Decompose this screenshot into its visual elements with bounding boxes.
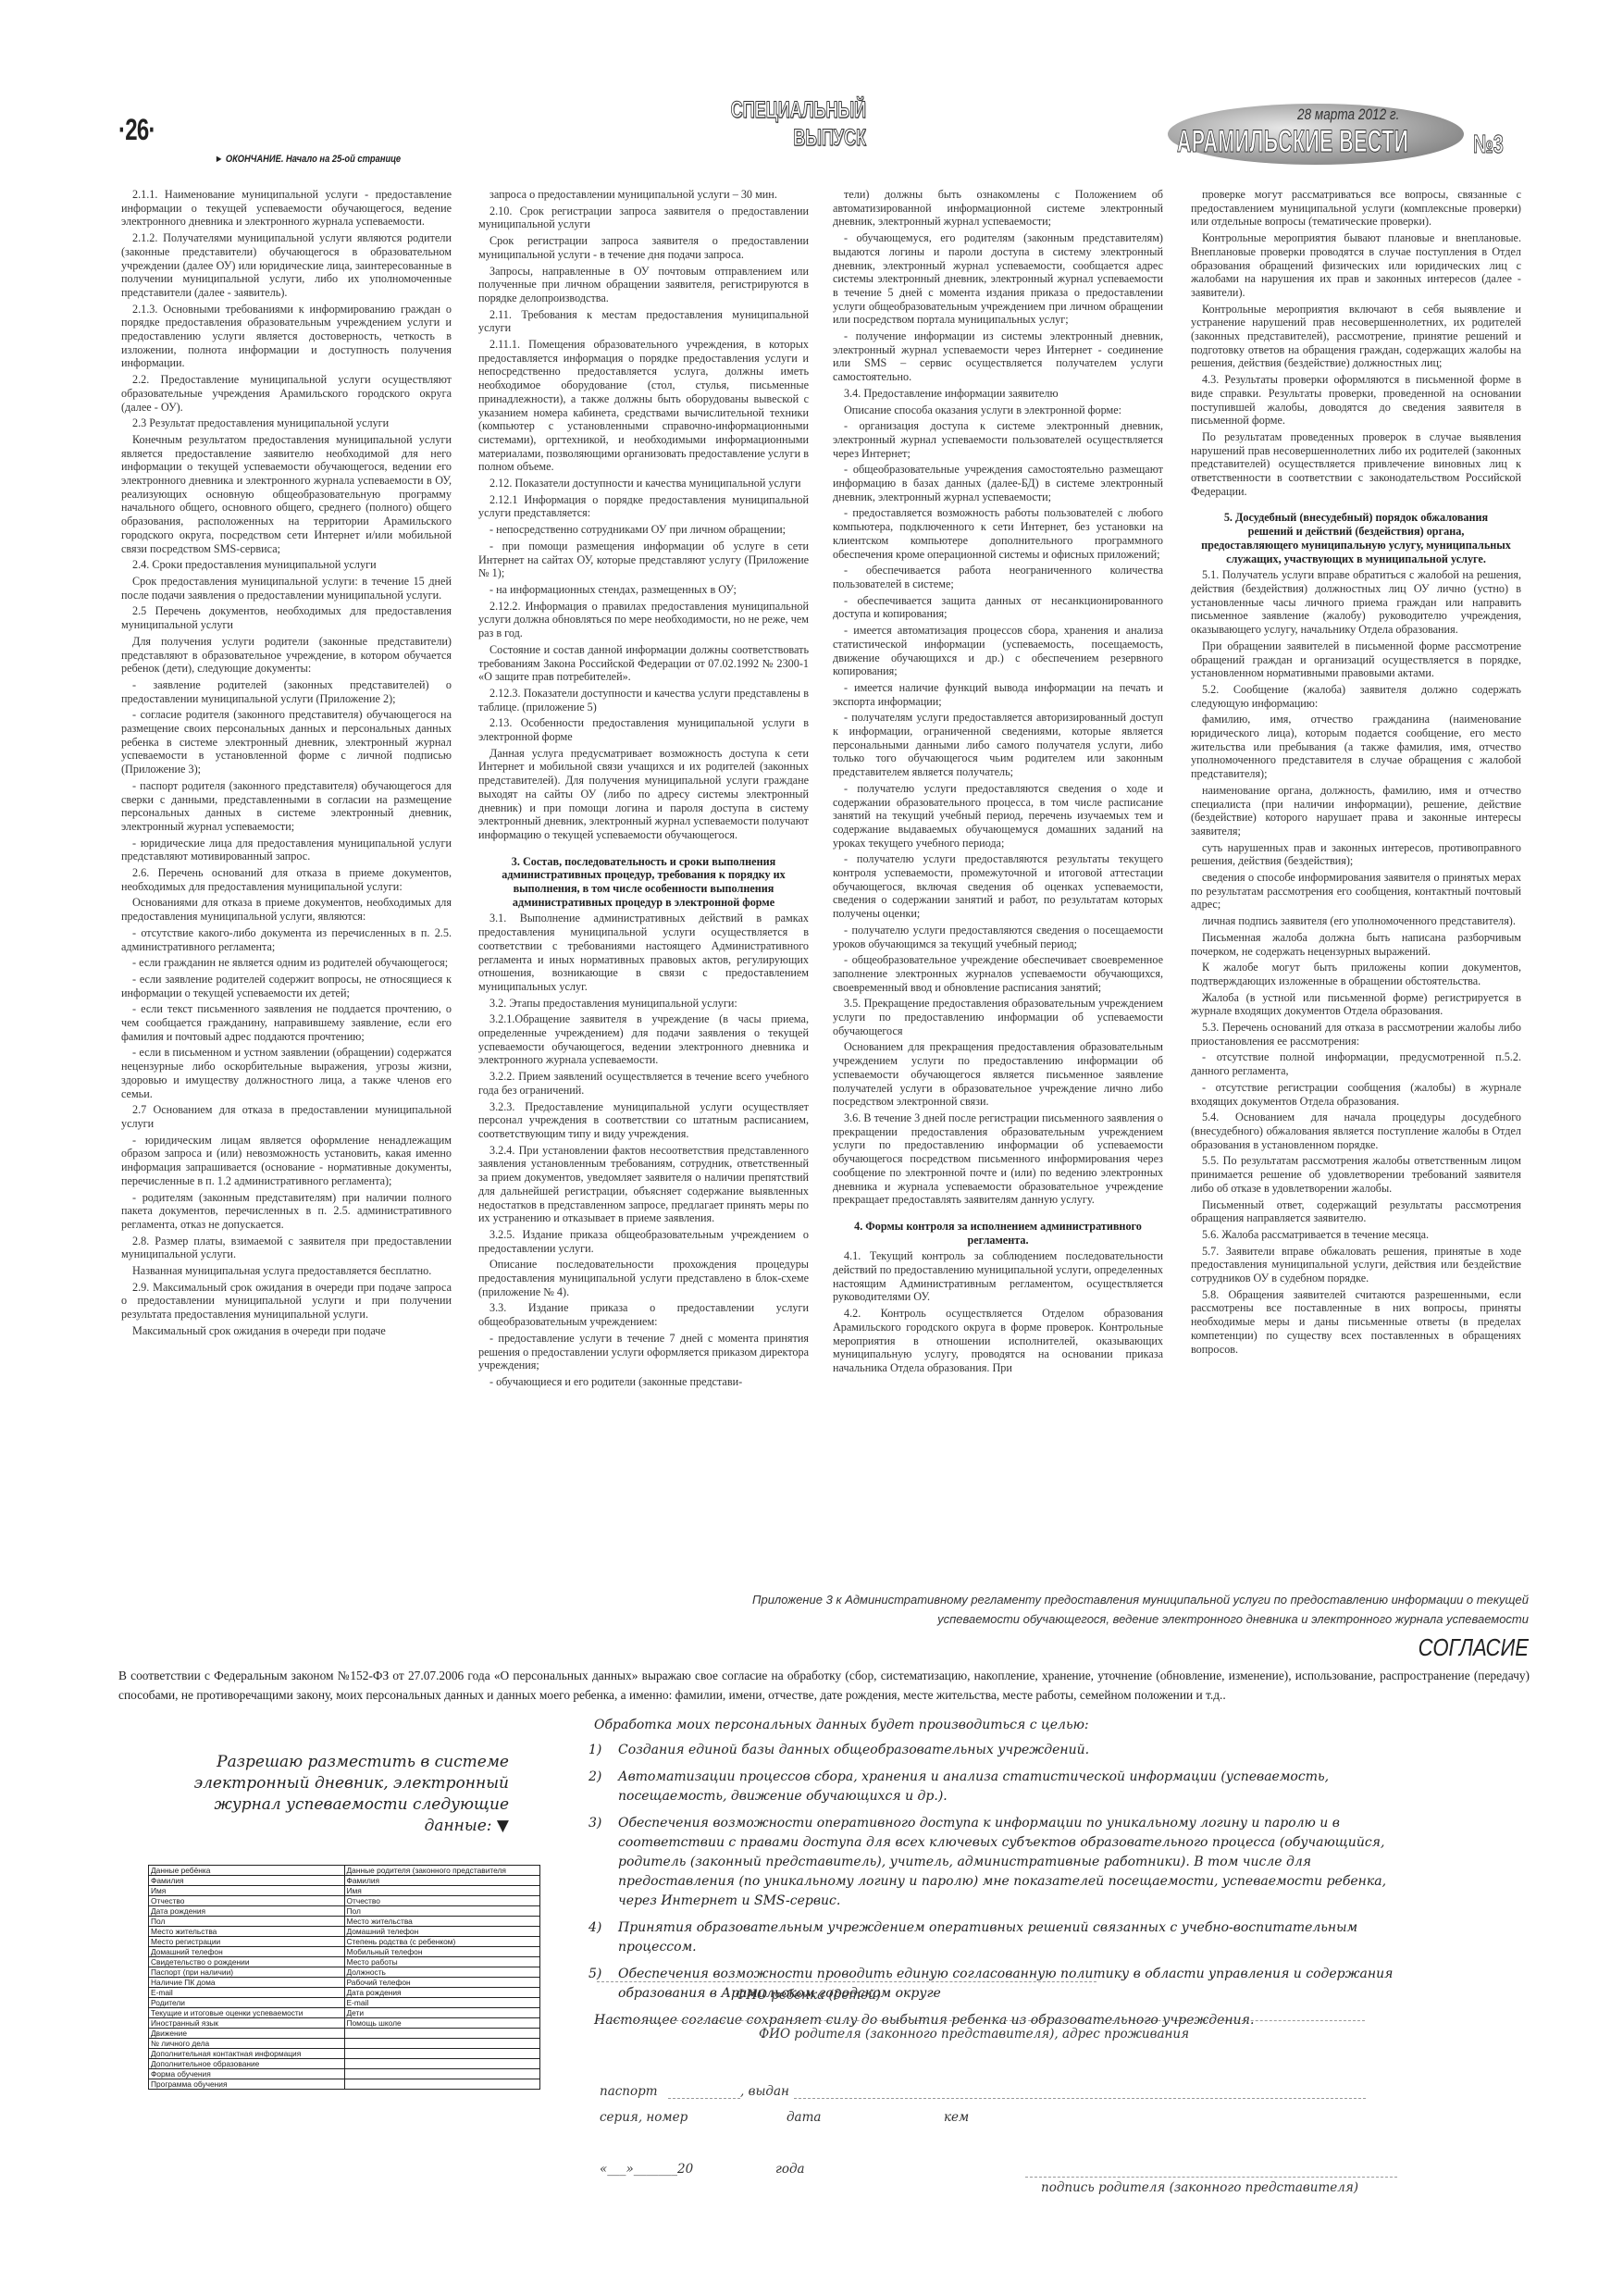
paragraph: 3.1. Выполнение административных действи… [478,912,809,993]
table-row: Домашний телефонМобильный телефон [149,1947,540,1957]
year-label: года [775,2162,805,2177]
purpose-text: Обеспечения возможности проводить единую… [618,1967,1393,2001]
paragraph: 3.4. Предоставление информации заявителю [833,387,1163,401]
column-4: проверке могут рассматриваться все вопро… [1191,188,1521,1460]
paragraph: 2.1.3. Основными требованиями к информир… [121,303,452,371]
parent-data-cell: Мобильный телефон [344,1947,540,1957]
paragraph: Конечным результатом предоставления муни… [121,433,452,555]
paragraph: - заявление родителей (законных представ… [121,678,452,705]
paragraph: 2.12. Показатели доступности и качества … [478,477,809,490]
child-data-cell: Место регистрации [149,1937,345,1947]
child-data-cell: № личного дела [149,2039,345,2049]
parent-data-cell: Дата рождения [344,1988,540,1998]
table-row: Дополнительная контактная информация [149,2049,540,2059]
purpose-item: 4)Принятия образовательным учреждением о… [583,1918,1416,1957]
paragraph: 5.8. Обращения заявителей считаются разр… [1191,1288,1521,1357]
paragraph: 3.5. Прекращение предоставления образова… [833,997,1163,1037]
table-row: Паспорт (при наличии)Должность [149,1967,540,1978]
paragraph: 5.6. Жалоба рассматривается в течение ме… [1191,1228,1521,1242]
paragraph: 4.3. Результаты проверки оформляются в п… [1191,373,1521,428]
special-issue-line1: СПЕЦИАЛЬНЫЙ [709,96,866,124]
consent-date-field[interactable]: «___»_______20 [600,2162,693,2177]
paragraph: 2.12.1 Информация о порядке предоставлен… [478,493,809,520]
table-row: Форма обучения [149,2069,540,2079]
table-row: Движение [149,2029,540,2039]
column-3: тели) должны быть ознакомлены с Положени… [833,188,1163,1460]
purpose-number: 3) [588,1814,601,1833]
paragraph: 3.6. В течение 3 дней после регистрации … [833,1111,1163,1207]
child-data-cell: Программа обучения [149,2079,345,2090]
child-data-cell: Текущие и итоговые оценки успеваемости [149,2008,345,2018]
consent-title: СОГЛАСИЕ [1252,1633,1529,1662]
paragraph: 4.1. Текущий контроль за соблюдением пос… [833,1249,1163,1304]
parent-data-cell: E-mail [344,1998,540,2008]
section-heading: 4. Формы контроля за исполнением админис… [842,1220,1154,1247]
special-issue-line2: ВЫПУСК [709,124,866,152]
paragraph: 3.2.4. При установлении фактов несоответ… [478,1144,809,1225]
parent-data-cell: Имя [344,1886,540,1896]
paragraph: Запросы, направленные в ОУ почтовым отпр… [478,265,809,305]
parent-data-cell: Рабочий телефон [344,1978,540,1988]
passport-label: паспорт [600,2084,658,2099]
paragraph: 3.2.3. Предоставление муниципальной услу… [478,1100,809,1141]
paragraph: 2.11.1. Помещения образовательного учреж… [478,338,809,474]
paragraph: наименование органа, должность, фамилию,… [1191,784,1521,838]
purpose-number: 4) [588,1918,601,1938]
child-data-cell: Место жительства [149,1927,345,1937]
purpose-item: 1)Создания единой базы данных общеобразо… [583,1741,1416,1760]
paragraph: - паспорт родителя (законного представит… [121,779,452,834]
page-number: ·26· [118,113,155,147]
paragraph: Основанием для прекращения предоставлени… [833,1040,1163,1109]
paragraph: Описание способа оказания услуги в элект… [833,403,1163,417]
paragraph: фамилию, имя, отчество гражданина (наиме… [1191,713,1521,781]
paragraph: Основаниями для отказа в приеме документ… [121,896,452,923]
article-columns: 2.1.1. Наименование муниципальной услуги… [121,188,1530,1460]
paragraph: Названная муниципальная услуга предостав… [121,1264,452,1278]
child-name-label: ФИО ребенка (детей) [736,1988,881,2003]
table-row: ОтчествоОтчество [149,1896,540,1906]
table-row: Программа обучения [149,2079,540,2090]
table-row: Место жительстваДомашний телефон [149,1927,540,1937]
paragraph: 2.9. Максимальный срок ожидания в очеред… [121,1281,452,1322]
paragraph: 5.7. Заявители вправе обжаловать решения… [1191,1245,1521,1285]
paragraph: - если гражданин не является одним из ро… [121,956,452,970]
table-row: Место регистрацииСтепень родства (с ребе… [149,1937,540,1947]
section-heading: 3. Состав, последовательность и сроки вы… [488,855,799,910]
paragraph: тели) должны быть ознакомлены с Положени… [833,188,1163,229]
issued-by-label: кем [944,2110,969,2125]
table-row: РодителиE-mail [149,1998,540,2008]
parent-data-cell [344,2039,540,2049]
issue-number: №3 [1473,130,1504,159]
paragraph: Состояние и состав данной информации дол… [478,643,809,684]
parent-data-cell [344,2049,540,2059]
table-header-row: Данные ребёнкаДанные родителя (законного… [149,1866,540,1876]
paragraph: 2.1.1. Наименование муниципальной услуги… [121,188,452,229]
parent-data-cell: Место жительства [344,1917,540,1927]
child-data-cell: Домашний телефон [149,1947,345,1957]
paragraph: личная подпись заявителя (его уполномоче… [1191,914,1521,928]
child-data-cell: Форма обучения [149,2069,345,2079]
paragraph: - на информационных стендах, размещенных… [478,583,809,597]
paragraph: - предоставление услуги в течение 7 дней… [478,1332,809,1372]
paragraph: Письменная жалоба должна быть написана р… [1191,931,1521,958]
paragraph: Контрольные мероприятия включают в себя … [1191,303,1521,371]
newspaper-title: АРАМИЛЬСКИЕ ВЕСТИ [1177,124,1408,160]
table-row: Текущие и итоговые оценки успеваемостиДе… [149,2008,540,2018]
paragraph: Описание последовательности прохождения … [478,1258,809,1298]
appendix-note: Приложение 3 к Административному регламе… [463,1590,1529,1629]
appendix-note-line1: Приложение 3 к Административному регламе… [463,1590,1529,1609]
permit-statement: Разрешаю разместить в системе электронны… [148,1752,509,1837]
paragraph: - имеется автоматизация процессов сбора,… [833,624,1163,678]
table-row: ФамилияФамилия [149,1876,540,1886]
purpose-item: 2)Автоматизации процессов сбора, хранени… [583,1768,1416,1806]
paragraph: 2.12.2. Информация о правилах предоставл… [478,600,809,640]
section-heading: 5. Досудебный (внесудебный) порядок обжа… [1200,511,1512,565]
passport-number-line[interactable] [668,2098,740,2099]
paragraph: - при помощи размещения информации об ус… [478,540,809,580]
paragraph: - получателю услуги предоставляются свед… [833,924,1163,950]
child-data-cell: Свидетельство о рождении [149,1957,345,1967]
parent-data-cell [344,2059,540,2069]
parent-data-cell: Данные родителя (законного представителя [344,1866,540,1876]
paragraph: Максимальный срок ожидания в очереди при… [121,1324,452,1338]
issue-date: 28 марта 2012 г. [1297,105,1399,124]
purpose-number: 2) [588,1768,601,1787]
parent-data-cell: Помощь школе [344,2018,540,2029]
table-row: Наличие ПК домаРабочий телефон [149,1978,540,1988]
table-row: E-mailДата рождения [149,1988,540,1998]
paragraph: При обращении заявителей в письменной фо… [1191,639,1521,680]
paragraph: 2.4. Сроки предоставления муниципальной … [121,558,452,572]
paragraph: Жалоба (в устной или письменной форме) р… [1191,991,1521,1018]
paragraph: - если текст письменного заявления не по… [121,1002,452,1043]
parent-data-cell [344,2029,540,2039]
newspaper-masthead: 28 марта 2012 г. АРАМИЛЬСКИЕ ВЕСТИ №3 [1168,104,1529,170]
table-row: Дополнительное образование [149,2059,540,2069]
paragraph: Контрольные мероприятия бывают плановые … [1191,231,1521,300]
paragraph: - предоставляется возможность работы пол… [833,506,1163,561]
paragraph: Срок регистрации запроса заявителя о пре… [478,234,809,261]
table-row: ПолМесто жительства [149,1917,540,1927]
parent-data-cell [344,2069,540,2079]
paragraph: - если заявление родителей содержит вопр… [121,973,452,999]
child-data-cell: Дополнительное образование [149,2059,345,2069]
paragraph: 2.1.2. Получателями муниципальной услуги… [121,231,452,300]
special-issue-label: СПЕЦИАЛЬНЫЙ ВЫПУСК [709,96,866,152]
column-1: 2.1.1. Наименование муниципальной услуги… [121,188,452,1460]
paragraph: проверке могут рассматриваться все вопро… [1191,188,1521,229]
paragraph: 3.3. Издание приказа о предоставлении ус… [478,1301,809,1328]
table-row: ИмяИмя [149,1886,540,1896]
paragraph: 5.3. Перечень оснований для отказа в рас… [1191,1021,1521,1048]
paragraph: - обучающемуся, его родителям (законным … [833,231,1163,327]
paragraph: 2.3 Результат предоставления муниципальн… [121,416,452,430]
purpose-text: Обеспечения возможности оперативного дос… [618,1816,1386,1908]
paragraph: 5.2. Сообщение (жалоба) заявителя должно… [1191,683,1521,710]
paragraph: 4.2. Контроль осуществляется Отделом обр… [833,1307,1163,1375]
appendix-note-line2: успеваемости обучающегося, ведение элект… [463,1609,1529,1629]
date-label: дата [787,2110,821,2125]
personal-data-table: Данные ребёнкаДанные родителя (законного… [148,1865,540,2090]
paragraph: По результатам проведенных проверок в сл… [1191,430,1521,499]
parent-data-cell: Отчество [344,1896,540,1906]
paragraph: 2.13. Особенности предоставления муницип… [478,716,809,743]
child-data-cell: Дополнительная контактная информация [149,2049,345,2059]
paragraph: суть нарушенных прав и законных интересо… [1191,841,1521,868]
paragraph: Для получения услуги родители (законные … [121,635,452,676]
parent-data-cell: Фамилия [344,1876,540,1886]
paragraph: 2.2. Предоставление муниципальной услуги… [121,373,452,414]
paragraph: - общеобразовательное учреждение обеспеч… [833,953,1163,994]
parent-data-cell: Степень родства (с ребенком) [344,1937,540,1947]
child-data-cell: Движение [149,2029,345,2039]
paragraph: - общеобразовательные учреждения самосто… [833,463,1163,503]
paragraph: Данная услуга предусматривает возможност… [478,747,809,842]
processing-purposes: Обработка моих персональных данных будет… [583,1716,1416,2030]
paragraph: - если в письменном и устном заявлении (… [121,1046,452,1100]
paragraph: 5.5. По результатам рассмотрения жалобы … [1191,1154,1521,1195]
parent-name-label: ФИО родителя (законного представителя), … [759,2027,1189,2042]
purpose-item: 3)Обеспечения возможности оперативного д… [583,1814,1416,1911]
paragraph: - обеспечивается работа неограниченного … [833,564,1163,590]
paragraph: Письменный ответ, содержащий результаты … [1191,1198,1521,1225]
parent-data-cell: Пол [344,1906,540,1917]
paragraph: - получателю услуги предоставляются резу… [833,852,1163,921]
parent-data-cell: Домашний телефон [344,1927,540,1937]
continuation-note: ► ОКОНЧАНИЕ. Начало на 25-ой странице [215,154,401,165]
signature-line[interactable] [1025,2177,1397,2178]
consent-intro: В соответствии с Федеральным законом №15… [118,1666,1530,1705]
purpose-number: 1) [588,1741,601,1760]
signature-label: подпись родителя (законного представител… [1041,2180,1358,2195]
paragraph: Срок предоставления муниципальной услуги… [121,575,452,602]
paragraph: - получателям услуги предоставляется авт… [833,711,1163,779]
paragraph: 3.2.5. Издание приказа общеобразовательн… [478,1228,809,1255]
series-number-label: серия, номер [600,2110,688,2125]
child-data-cell: Имя [149,1886,345,1896]
purpose-text: Автоматизации процессов сбора, хранения … [618,1769,1329,1804]
paragraph: 5.1. Получатель услуги вправе обратиться… [1191,568,1521,637]
paragraph: - получение информации из системы электр… [833,329,1163,384]
paragraph: 2.11. Требования к местам предоставления… [478,308,809,335]
paragraph: 3.2. Этапы предоставления муниципальной … [478,997,809,1011]
paragraph: - родителям (законным представителям) пр… [121,1191,452,1232]
child-data-cell: Пол [149,1917,345,1927]
paragraph: - отсутствие полной информации, предусмо… [1191,1050,1521,1077]
paragraph: - имеется наличие функций вывода информа… [833,681,1163,708]
paragraph: - обеспечивается защита данных от несанк… [833,594,1163,621]
paragraph: 2.6. Перечень оснований для отказа в при… [121,866,452,893]
child-data-cell: Иностранный язык [149,2018,345,2029]
paragraph: 2.5 Перечень документов, необходимых для… [121,604,452,631]
paragraph: - получателю услуги предоставляются свед… [833,782,1163,850]
purposes-lead: Обработка моих персональных данных будет… [594,1716,1416,1735]
table-row: Иностранный языкПомощь школе [149,2018,540,2029]
table-row: № личного дела [149,2039,540,2049]
child-data-cell: Паспорт (при наличии) [149,1967,345,1978]
child-data-cell: Дата рождения [149,1906,345,1917]
purposes-list: 1)Создания единой базы данных общеобразо… [583,1741,1416,2004]
paragraph: - юридическим лицам является оформление … [121,1134,452,1188]
child-data-cell: Данные ребёнка [149,1866,345,1876]
paragraph: 3.2.2. Прием заявлений осуществляется в … [478,1070,809,1097]
parent-data-cell [344,2079,540,2090]
purpose-text: Создания единой базы данных общеобразова… [618,1743,1089,1757]
paragraph: 2.7 Основанием для отказа в предоставлен… [121,1103,452,1130]
paragraph: - непосредственно сотрудниками ОУ при ли… [478,523,809,537]
issued-label: , выдан [740,2084,789,2099]
parent-data-cell: Должность [344,1967,540,1978]
parent-data-cell: Место работы [344,1957,540,1967]
parent-data-cell: Дети [344,2008,540,2018]
child-data-cell: Отчество [149,1896,345,1906]
paragraph: 2.12.3. Показатели доступности и качеств… [478,687,809,714]
issued-by-line[interactable] [794,2098,1366,2099]
child-name-line[interactable] [597,1981,1096,1982]
paragraph: 2.8. Размер платы, взимаемой с заявителя… [121,1235,452,1261]
paragraph: - отсутствие какого-либо документа из пе… [121,926,452,953]
child-data-cell: Наличие ПК дома [149,1978,345,1988]
paragraph: К жалобе могут быть приложены копии доку… [1191,961,1521,987]
paragraph: 5.4. Основанием для начала процедуры дос… [1191,1111,1521,1151]
paragraph: сведения о способе информирования заявит… [1191,871,1521,912]
purpose-item: 5)Обеспечения возможности проводить един… [583,1965,1416,2004]
child-data-cell: E-mail [149,1988,345,1998]
paragraph: - организация доступа к системе электрон… [833,419,1163,460]
paragraph: запроса о предоставлении муниципальной у… [478,188,809,202]
purpose-text: Принятия образовательным учреждением опе… [618,1920,1357,1955]
child-data-cell: Фамилия [149,1876,345,1886]
table-row: Дата рожденияПол [149,1906,540,1917]
paragraph: - обучающиеся и его родители (законные п… [478,1375,809,1389]
paragraph: 3.2.1.Обращение заявителя в учреждение (… [478,1012,809,1067]
paragraph: - согласие родителя (законного представи… [121,708,452,776]
paragraph: 2.10. Срок регистрации запроса заявителя… [478,205,809,231]
table-row: Свидетельство о рожденииМесто работы [149,1957,540,1967]
column-2: запроса о предоставлении муниципальной у… [478,188,809,1460]
paragraph: - отсутствие регистрации сообщения (жало… [1191,1081,1521,1108]
parent-name-line[interactable] [597,2020,1365,2021]
paragraph: - юридические лица для предоставления му… [121,837,452,863]
child-data-cell: Родители [149,1998,345,2008]
